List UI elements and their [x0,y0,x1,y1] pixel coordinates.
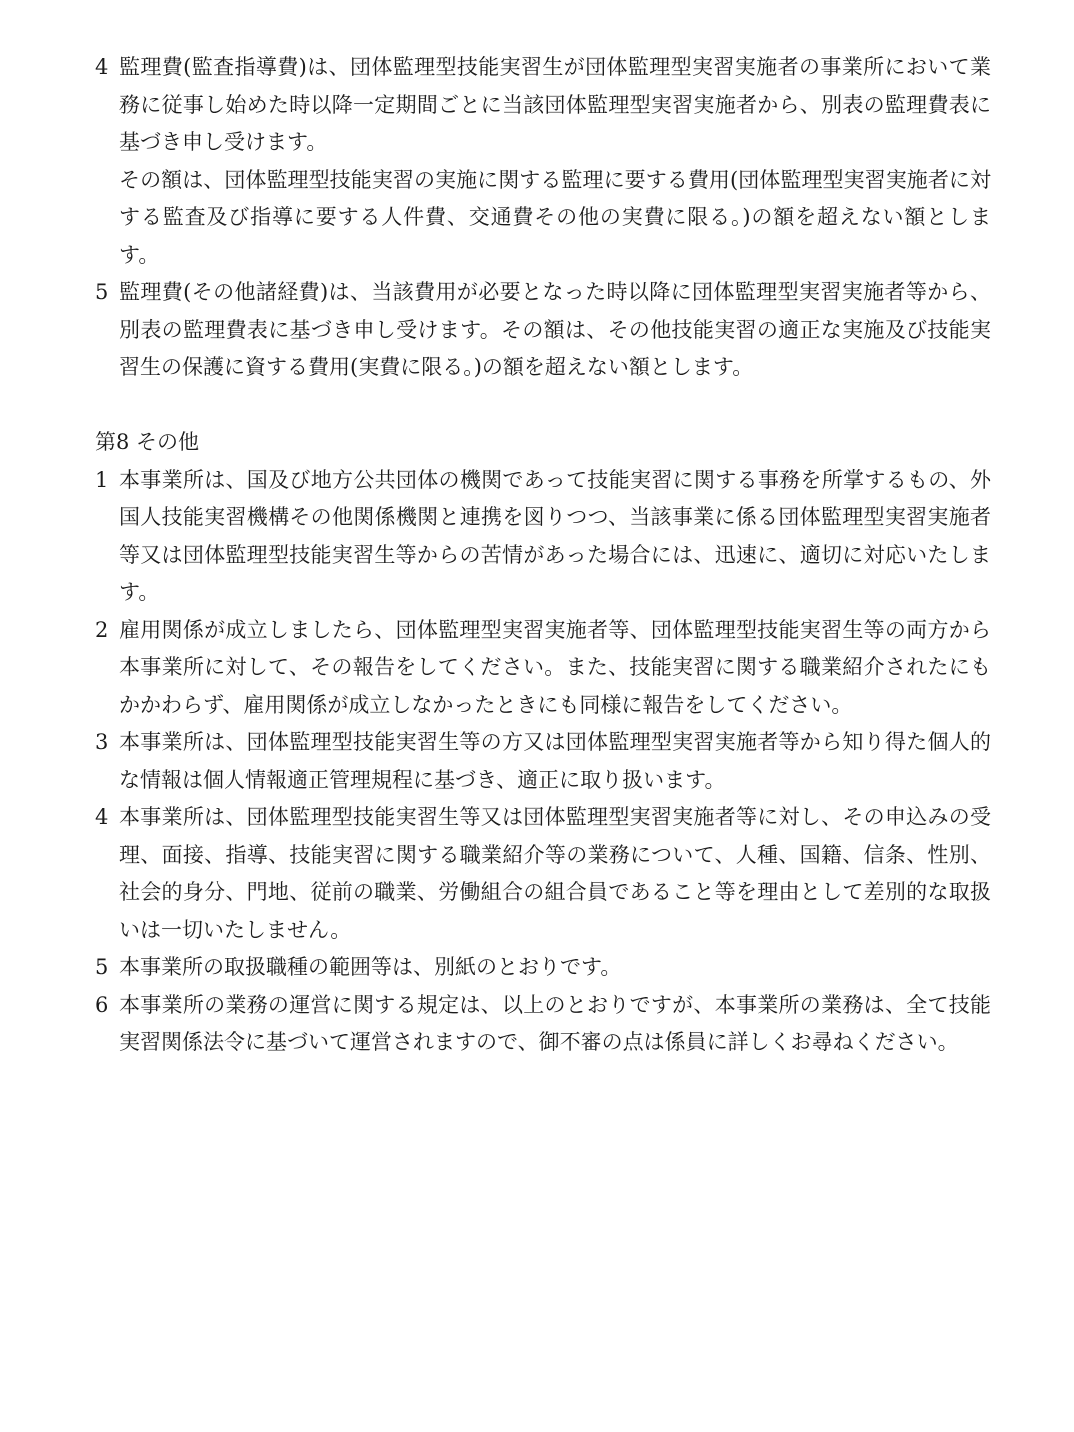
item-paragraph: 雇用関係が成立しましたら、団体監理型実習実施者等、団体監理型技能実習生等の両方か… [119,612,991,725]
section-heading: 第8 その他 [95,424,991,462]
item-paragraph: 本事業所は、団体監理型技能実習生等又は団体監理型実習実施者等に対し、その申込みの… [119,799,991,949]
list-item: 5 本事業所の取扱職種の範囲等は、別紙のとおりです。 [95,949,991,987]
item-body: 本事業所は、団体監理型技能実習生等又は団体監理型実習実施者等に対し、その申込みの… [119,799,991,949]
list-item: 2 雇用関係が成立しましたら、団体監理型実習実施者等、団体監理型技能実習生等の両… [95,612,991,725]
list-item: 1 本事業所は、国及び地方公共団体の機関であって技能実習に関する事務を所掌するも… [95,462,991,612]
item-number: 5 [95,949,119,987]
item-paragraph: 監理費(監査指導費)は、団体監理型技能実習生が団体監理型実習実施者の事業所におい… [119,49,991,162]
item-body: 本事業所の業務の運営に関する規定は、以上のとおりですが、本事業所の業務は、全て技… [119,987,991,1062]
item-body: 雇用関係が成立しましたら、団体監理型実習実施者等、団体監理型技能実習生等の両方か… [119,612,991,725]
item-paragraph: 本事業所は、国及び地方公共団体の機関であって技能実習に関する事務を所掌するもの、… [119,462,991,612]
list-item: 4 本事業所は、団体監理型技能実習生等又は団体監理型実習実施者等に対し、その申込… [95,799,991,949]
item-number: 4 [95,49,119,87]
item-number: 6 [95,987,119,1025]
item-body: 監理費(監査指導費)は、団体監理型技能実習生が団体監理型実習実施者の事業所におい… [119,49,991,274]
item-body: 本事業所は、団体監理型技能実習生等の方又は団体監理型実習実施者等から知り得た個人… [119,724,991,799]
item-body: 本事業所の取扱職種の範囲等は、別紙のとおりです。 [119,949,991,987]
item-number: 2 [95,612,119,650]
item-number: 5 [95,274,119,312]
list-item: 6 本事業所の業務の運営に関する規定は、以上のとおりですが、本事業所の業務は、全… [95,987,991,1062]
item-body: 監理費(その他諸経費)は、当該費用が必要となった時以降に団体監理型実習実施者等か… [119,274,991,387]
item-number: 1 [95,462,119,500]
item-body: 本事業所は、国及び地方公共団体の機関であって技能実習に関する事務を所掌するもの、… [119,462,991,612]
document-page: 4 監理費(監査指導費)は、団体監理型技能実習生が団体監理型実習実施者の事業所に… [0,0,1074,1432]
item-number: 4 [95,799,119,837]
item-paragraph: 本事業所の業務の運営に関する規定は、以上のとおりですが、本事業所の業務は、全て技… [119,987,991,1062]
list-item: 3 本事業所は、団体監理型技能実習生等の方又は団体監理型実習実施者等から知り得た… [95,724,991,799]
blank-line [95,387,991,425]
list-item: 5 監理費(その他諸経費)は、当該費用が必要となった時以降に団体監理型実習実施者… [95,274,991,387]
item-paragraph: 本事業所は、団体監理型技能実習生等の方又は団体監理型実習実施者等から知り得た個人… [119,724,991,799]
document-content: 4 監理費(監査指導費)は、団体監理型技能実習生が団体監理型実習実施者の事業所に… [95,49,991,1062]
item-paragraph: 監理費(その他諸経費)は、当該費用が必要となった時以降に団体監理型実習実施者等か… [119,274,991,387]
item-number: 3 [95,724,119,762]
list-item: 4 監理費(監査指導費)は、団体監理型技能実習生が団体監理型実習実施者の事業所に… [95,49,991,274]
item-paragraph: その額は、団体監理型技能実習の実施に関する監理に要する費用(団体監理型実習実施者… [119,162,991,275]
item-paragraph: 本事業所の取扱職種の範囲等は、別紙のとおりです。 [119,949,991,987]
